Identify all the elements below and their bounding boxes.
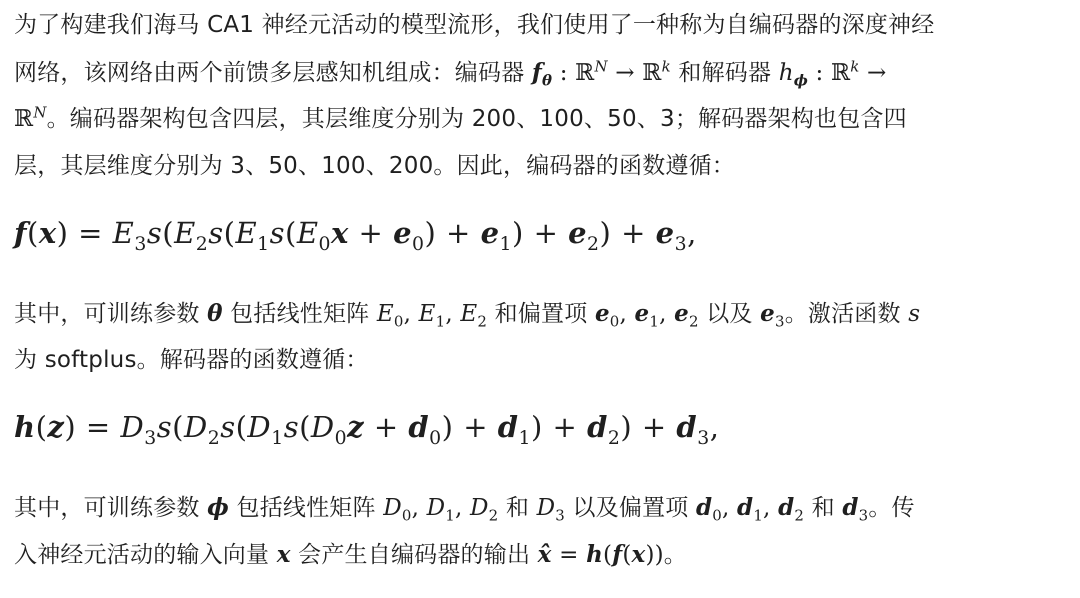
math-xhat: x̂ (538, 541, 552, 568)
math-d-biases: d0, d1, d2 (696, 494, 804, 521)
math-decoder-h: hϕ (779, 60, 808, 86)
text-line: 层，其层维度分别为 3、50、100、200。因此，编码器的函数遵循： (14, 143, 1066, 190)
text-span: 。编码器架构包含四层，其层维度分别为 200、100、50、3；解码器架构也包含… (47, 106, 907, 132)
text-span: 和解码器 (671, 60, 779, 86)
text-span: 网络，该网络由两个前馈多层感知机组成：编码器 (14, 60, 532, 86)
math-d3: d3 (842, 494, 868, 521)
math-x: x (277, 541, 291, 568)
math-phi: ϕ (207, 494, 229, 521)
math-domain: : ℝN → ℝk (552, 60, 671, 86)
math-h-f-x: h(f(x)) (586, 541, 664, 568)
math-codomain: : ℝk → (808, 60, 887, 86)
math-e-biases: e0, e1, e2 (595, 300, 699, 327)
text-line: 为 softplus。解码器的函数遵循： (14, 337, 1066, 384)
math-D-matrices: D0, D1, D2 (383, 495, 498, 521)
equation-2: h(z) = D3s(D2s(D1s(D0z + d0) + d1) + d2)… (14, 410, 753, 444)
math-theta: θ (207, 300, 223, 327)
text-line: 网络，该网络由两个前馈多层感知机组成：编码器 fθ : ℝN → ℝk 和解码器… (14, 49, 1066, 96)
math-E-matrices: E0, E1, E2 (377, 301, 487, 327)
equation-1: f(x) = E3s(E2s(E1s(E0x + e0) + e1) + e2)… (14, 216, 731, 250)
text-line: 入神经元活动的输入向量 x 会产生自编码器的输出 x̂ = h(f(x))。 (14, 531, 1066, 578)
paragraph-intro: 为了构建我们海马 CA1 神经元活动的模型流形，我们使用了一种称为自编码器的深度… (14, 2, 1066, 190)
math-e3: e3 (760, 300, 785, 327)
math-RN: ℝN (14, 106, 47, 132)
math-encoder-f: fθ (532, 59, 552, 86)
text-line: 其中，可训练参数 θ 包括线性矩阵 E0, E1, E2 和偏置项 e0, e1… (14, 290, 1066, 337)
text-line: 其中，可训练参数 ϕ 包括线性矩阵 D0, D1, D2 和 D3 以及偏置项 … (14, 484, 1066, 531)
paragraph-encoder-params: 其中，可训练参数 θ 包括线性矩阵 E0, E1, E2 和偏置项 e0, e1… (14, 290, 1066, 384)
document-body: 为了构建我们海马 CA1 神经元活动的模型流形，我们使用了一种称为自编码器的深度… (0, 0, 1080, 598)
paragraph-decoder-params: 其中，可训练参数 ϕ 包括线性矩阵 D0, D1, D2 和 D3 以及偏置项 … (14, 484, 1066, 578)
math-D3: D3 (537, 495, 565, 521)
math-s: s (908, 301, 920, 327)
text-line: ℝN。编码器架构包含四层，其层维度分别为 200、100、50、3；解码器架构也… (14, 96, 1066, 143)
text-line: 为了构建我们海马 CA1 神经元活动的模型流形，我们使用了一种称为自编码器的深度… (14, 2, 1066, 49)
